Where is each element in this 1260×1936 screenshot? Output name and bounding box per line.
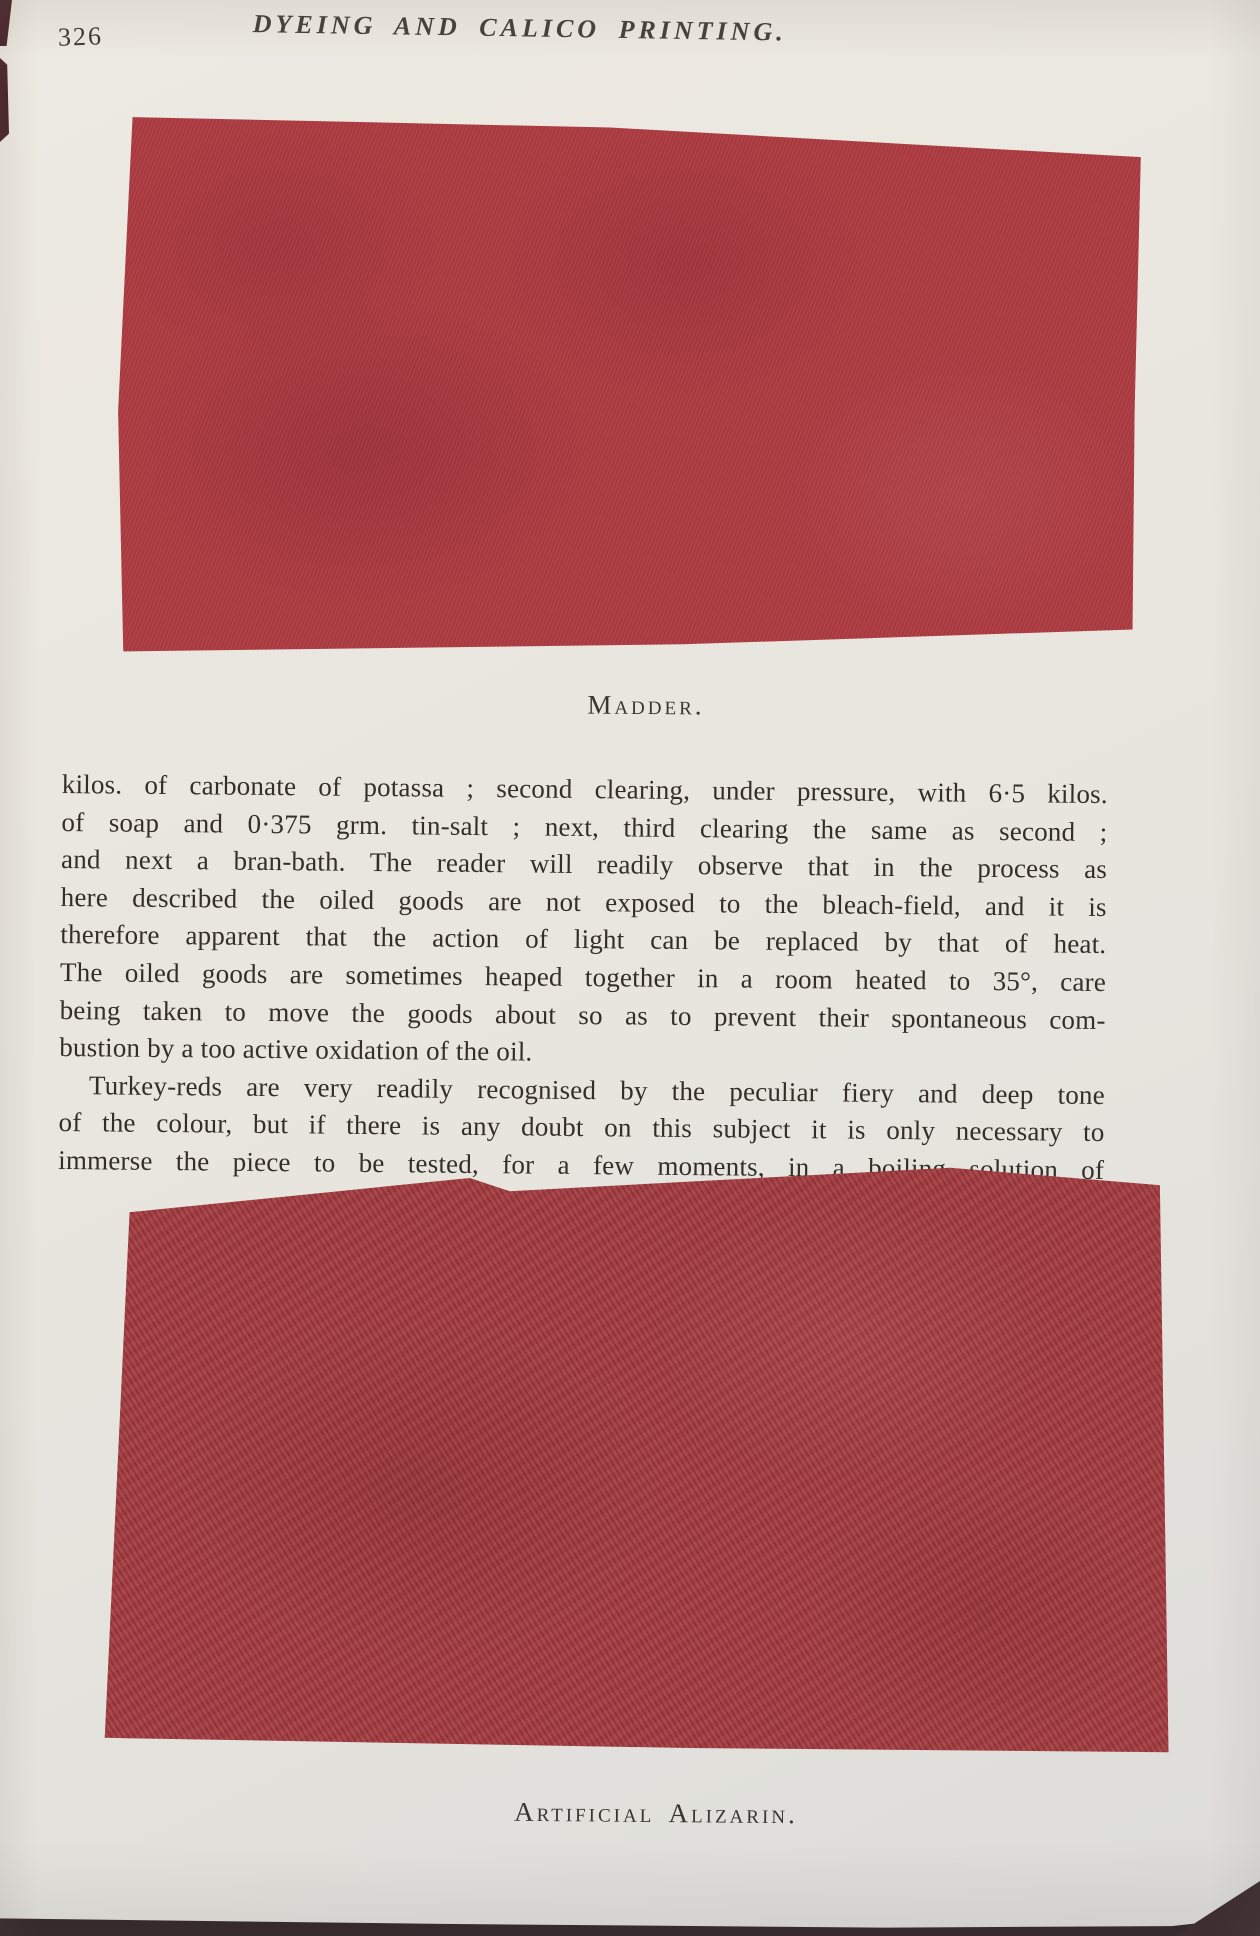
photo-edge-dark-corner [1175,1881,1260,1936]
photo-edge-dark-strip [0,1914,1260,1936]
body-text: kilos. of carbonate of potassa ; second … [58,766,1108,1190]
alizarin-fabric-swatch [95,1160,1175,1760]
photo-edge-dark-mark [0,0,12,46]
page-number: 326 [57,21,103,53]
madder-caption: Madder. [346,688,946,723]
running-header: DYEING AND CALICO PRINTING. [180,8,860,49]
book-page-photo: 326 DYEING AND CALICO PRINTING. Madder. … [0,0,1260,1936]
madder-fabric-swatch [115,110,1147,658]
alizarin-caption: Artificial Alizarin. [356,1795,956,1831]
photo-edge-dark-mark [0,58,9,142]
